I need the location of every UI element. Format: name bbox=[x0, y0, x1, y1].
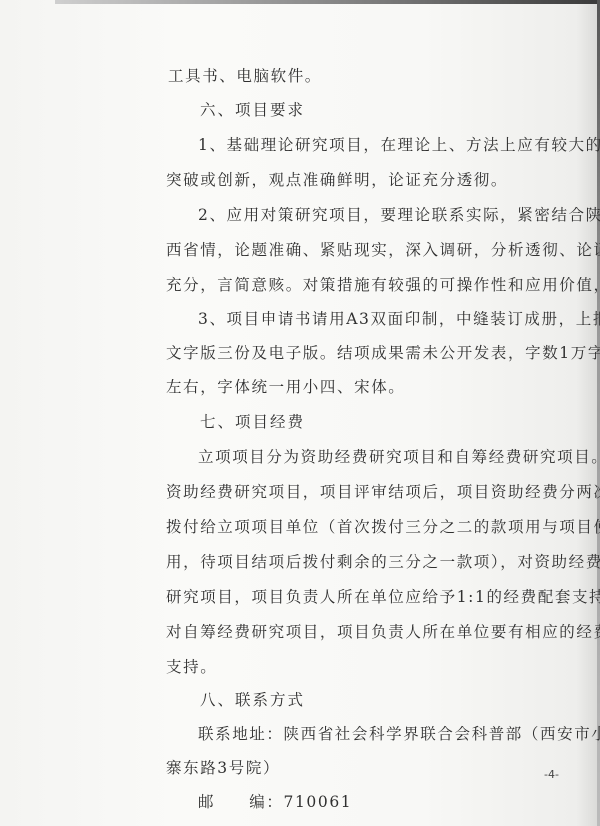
text-line: 西省情，论题准确、紧贴现实，深入调研，分析透彻、论证 bbox=[166, 240, 600, 260]
text-line: 对自筹经费研究项目，项目负责人所在单位要有相应的经费 bbox=[166, 622, 600, 642]
text-line: 资助经费研究项目，项目评审结项后，项目资助经费分两次 bbox=[166, 482, 600, 502]
text-line: 用，待项目结项后拨付剩余的三分之一款项），对资助经费 bbox=[166, 552, 600, 572]
page-number: -4- bbox=[544, 768, 559, 781]
text-line: 支持。 bbox=[166, 657, 217, 677]
text-line: 立项项目分为资助经费研究项目和自筹经费研究项目。 bbox=[198, 447, 600, 467]
text-line-tools: 工具书、电脑软件。 bbox=[168, 66, 322, 86]
scanned-page: 工具书、电脑软件。 六、项目要求 1、基础理论研究项目，在理论上、方法上应有较大… bbox=[0, 0, 600, 826]
section-heading-project-funding: 七、项目经费 bbox=[200, 412, 305, 432]
contact-address-continued: 寨东路3号院） bbox=[166, 758, 280, 778]
text-line: 文字版三份及电子版。结项成果需未公开发表，字数1万字 bbox=[166, 343, 600, 363]
section-heading-contact-info: 八、联系方式 bbox=[200, 690, 305, 710]
text-line: 1、基础理论研究项目，在理论上、方法上应有较大的 bbox=[198, 135, 600, 155]
text-line: 充分，言简意赅。对策措施有较强的可操作性和应用价值， bbox=[166, 275, 600, 295]
section-heading-project-requirements: 六、项目要求 bbox=[200, 100, 305, 120]
text-line: 拨付给立项项目单位（首次拨付三分之二的款项用与项目使 bbox=[166, 517, 600, 537]
text-line: 研究项目，项目负责人所在单位应给予1:1的经费配套支持。 bbox=[166, 587, 600, 607]
text-line: 2、应用对策研究项目，要理论联系实际，紧密结合陕 bbox=[198, 205, 600, 225]
contact-address: 联系地址：陕西省社会科学界联合会科普部（西安市小 bbox=[198, 724, 600, 744]
text-line: 3、项目申请书请用A3双面印制，中缝装订成册，上报 bbox=[198, 309, 600, 329]
postal-code: 邮 编：710061 bbox=[198, 792, 352, 812]
text-line: 突破或创新，观点准确鲜明，论证充分透彻。 bbox=[166, 170, 508, 190]
scan-top-edge-shadow bbox=[55, 0, 600, 4]
text-line: 左右，字体统一用小四、宋体。 bbox=[166, 377, 405, 397]
